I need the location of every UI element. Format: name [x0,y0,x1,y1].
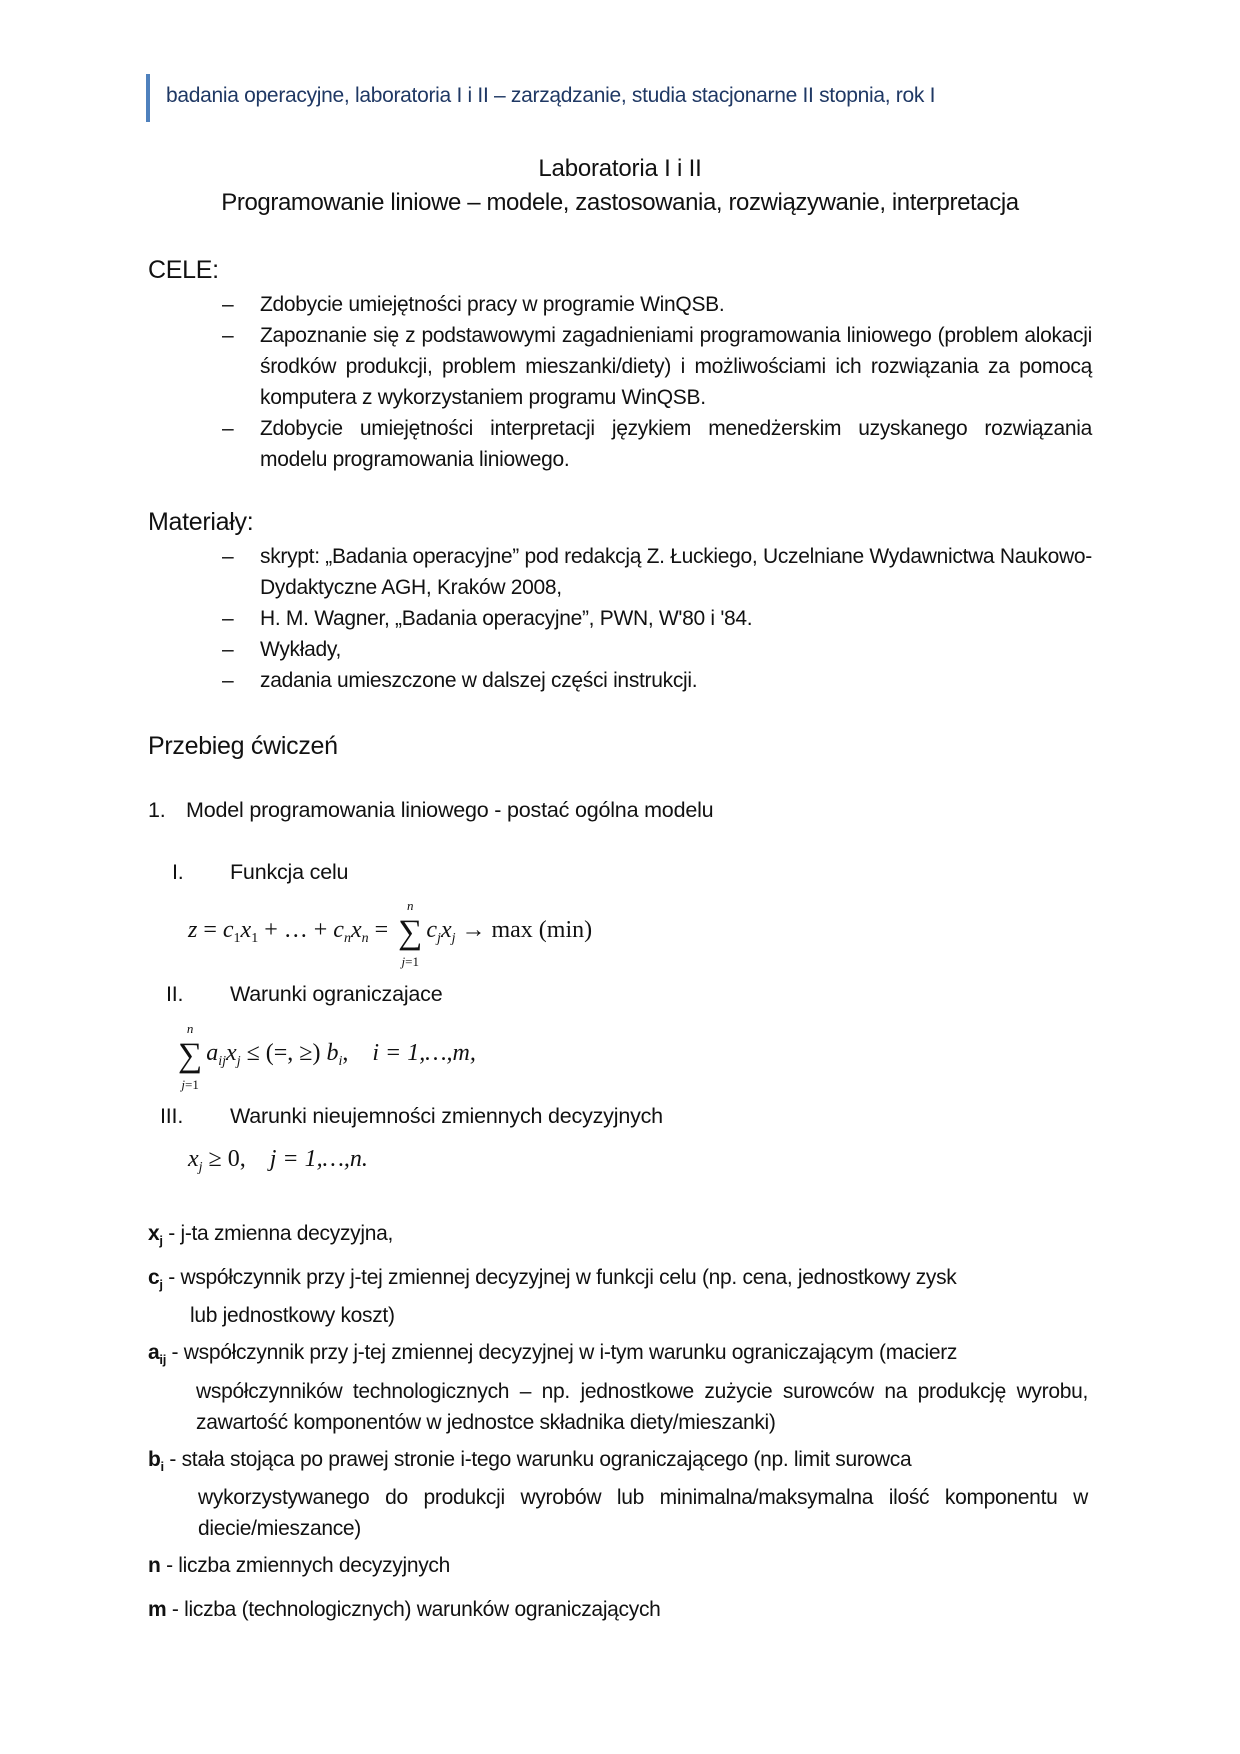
definition-symbol: aij [148,1341,166,1364]
list-item: –skrypt: „Badania operacyjne” pod redakc… [222,541,1092,603]
section-objective: I.Funkcja celu [172,860,348,885]
definition-item: bi - stała stojąca po prawej stronie i-t… [148,1444,1088,1544]
running-title: badania operacyjne, laboratoria I i II –… [166,74,935,118]
objective-function-formula: z = c1x1 + … + cnxn = n∑j=1cjxj → max (m… [188,914,592,952]
list-item: –Zdobycie umiejętności pracy w programie… [222,289,1092,320]
definition-item: cj - współczynnik przy j-tej zmiennej de… [148,1262,1088,1331]
sum-symbol-icon: n∑j=1 [398,914,422,952]
list-item: –H. M. Wagner, „Badania operacyjne”, PWN… [222,603,1092,634]
dash-bullet-icon: – [222,634,233,665]
title-line-1: Laboratoria I i II [146,152,1094,186]
list-item: –zadania umieszczone w dalszej części in… [222,665,1092,696]
constraint-formula: n∑j=1aijxj ≤ (=, ≥) bi, i = 1,…,m, [178,1037,476,1075]
heading-cele: CELE: [148,256,219,285]
document-title: Laboratoria I i II Programowanie liniowe… [146,152,1094,220]
definition-symbol: xj [148,1222,163,1245]
definition-item: aij - współczynnik przy j-tej zmiennej d… [148,1337,1088,1437]
dash-bullet-icon: – [222,320,233,351]
definition-item: xj - j-ta zmienna decyzyjna, [148,1218,1088,1256]
definition-symbol: n [148,1554,161,1577]
list-item: –Zdobycie umiejętności interpretacji jęz… [222,413,1092,475]
cele-list: –Zdobycie umiejętności pracy w programie… [222,289,1092,475]
dash-bullet-icon: – [222,541,233,572]
definition-symbol: m [148,1598,166,1621]
definition-symbol: bi [148,1448,164,1471]
numbered-item-1: 1.Model programowania liniowego - postać… [148,798,713,823]
dash-bullet-icon: – [222,665,233,696]
heading-materialy: Materiały: [148,508,253,537]
definitions-list: xj - j-ta zmienna decyzyjna, cj - współc… [148,1218,1088,1638]
section-constraints: II.Warunki ograniczajace [166,982,443,1007]
definition-symbol: cj [148,1266,163,1289]
section-nonnegativity: III.Warunki nieujemności zmiennych decyz… [160,1104,663,1129]
definition-item: m - liczba (technologicznych) warunków o… [148,1594,1088,1632]
definition-item: n - liczba zmiennych decyzyjnych [148,1550,1088,1588]
list-item: –Wykłady, [222,634,1092,665]
running-header: badania operacyjne, laboratoria I i II –… [146,74,935,122]
dash-bullet-icon: – [222,289,233,320]
nonnegativity-formula: xj ≥ 0, j = 1,…,n. [188,1146,368,1176]
materialy-list: –skrypt: „Badania operacyjne” pod redakc… [222,541,1092,696]
dash-bullet-icon: – [222,603,233,634]
list-item: –Zapoznanie się z podstawowymi zagadnien… [222,320,1092,413]
sum-symbol-icon: n∑j=1 [178,1037,202,1075]
dash-bullet-icon: – [222,413,233,444]
title-line-2: Programowanie liniowe – modele, zastosow… [146,186,1094,220]
heading-przebieg: Przebieg ćwiczeń [148,732,338,761]
